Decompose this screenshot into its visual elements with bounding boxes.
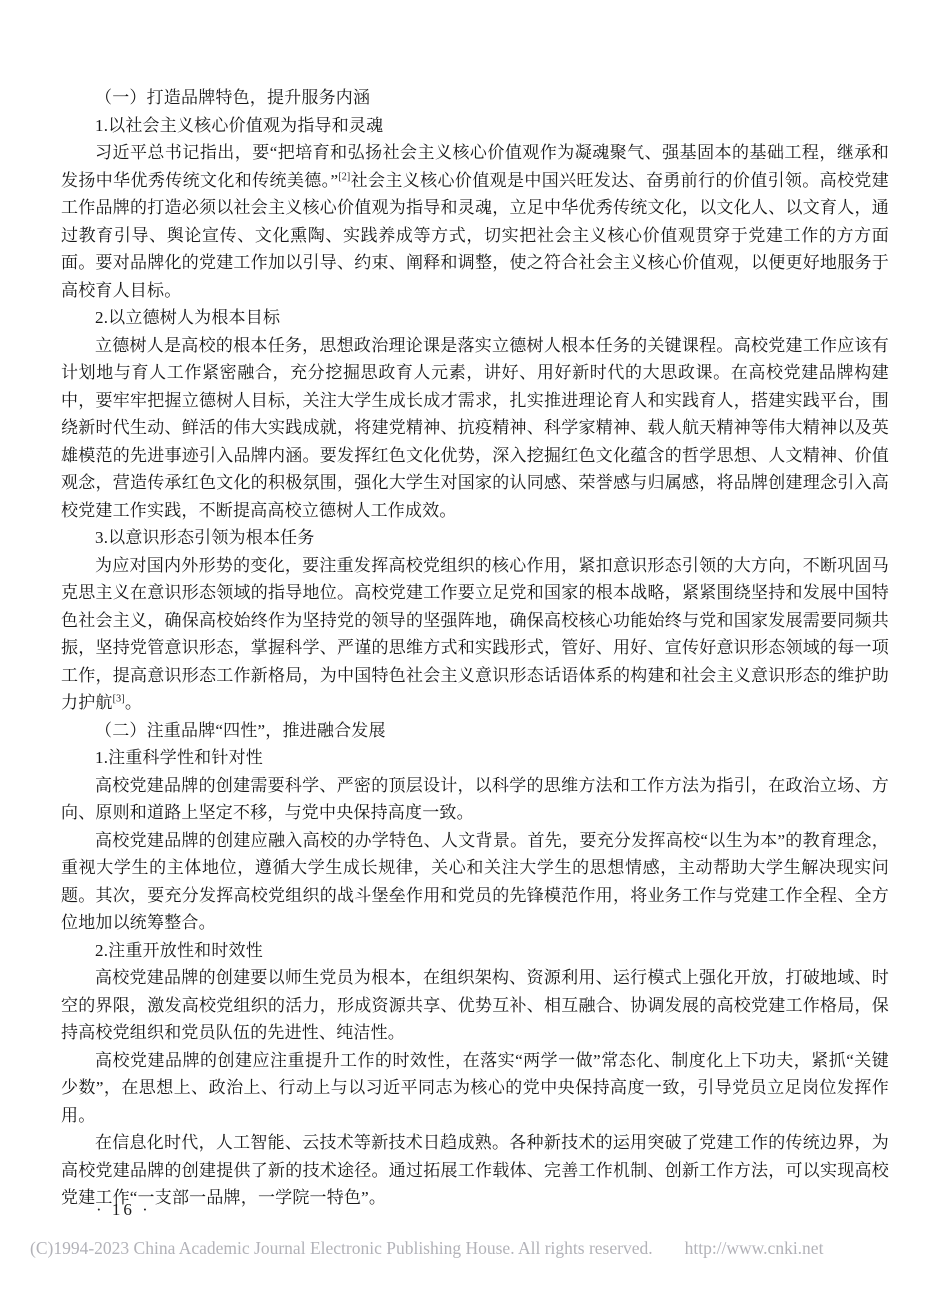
article-body: （一）打造品牌特色，提升服务内涵 1.以社会主义核心价值观为指导和灵魂 习近平总… xyxy=(61,84,889,1212)
section2-subheading-2: 2.注重开放性和时效性 xyxy=(61,937,889,965)
section1-heading: （一）打造品牌特色，提升服务内涵 xyxy=(61,84,889,112)
section1-subheading-1: 1.以社会主义核心价值观为指导和灵魂 xyxy=(61,112,889,140)
paragraph-text: 为应对国内外形势的变化，要注重发挥高校党组织的核心作用，紧扣意识形态引领的大方向… xyxy=(61,556,889,713)
section1-subheading-2: 2.以立德树人为根本目标 xyxy=(61,304,889,332)
section2-paragraph-5: 在信息化时代，人工智能、云技术等新技术日趋成熟。各种新技术的运用突破了党建工作的… xyxy=(61,1129,889,1212)
section2-paragraph-1: 高校党建品牌的创建需要科学、严密的顶层设计，以科学的思维方法和工作方法为指引，在… xyxy=(61,772,889,827)
document-page: （一）打造品牌特色，提升服务内涵 1.以社会主义核心价值观为指导和灵魂 习近平总… xyxy=(0,0,950,1290)
section1-paragraph-2: 立德树人是高校的根本任务，思想政治理论课是落实立德树人根本任务的关键课程。高校党… xyxy=(61,332,889,525)
section2-paragraph-3: 高校党建品牌的创建要以师生党员为根本，在组织架构、资源利用、运行模式上强化开放，… xyxy=(61,964,889,1047)
copyright-text: (C)1994-2023 China Academic Journal Elec… xyxy=(30,1238,653,1258)
section1-subheading-3: 3.以意识形态引领为根本任务 xyxy=(61,524,889,552)
page-number: · 16 · xyxy=(96,1200,151,1220)
section2-paragraph-4: 高校党建品牌的创建应注重提升工作的时效性，在落实“两学一做”常态化、制度化上下功… xyxy=(61,1047,889,1130)
section2-paragraph-2: 高校党建品牌的创建应融入高校的办学特色、人文背景。首先，要充分发挥高校“以生为本… xyxy=(61,827,889,937)
section1-paragraph-3: 为应对国内外形势的变化，要注重发挥高校党组织的核心作用，紧扣意识形态引领的大方向… xyxy=(61,552,889,717)
citation-ref-3: [3] xyxy=(113,693,125,704)
section2-subheading-1: 1.注重科学性和针对性 xyxy=(61,744,889,772)
section2-heading: （二）注重品牌“四性”，推进融合发展 xyxy=(61,717,889,745)
paragraph-text: 。 xyxy=(125,693,142,712)
section1-paragraph-1: 习近平总书记指出，要“把培育和弘扬社会主义核心价值观作为凝魂聚气、强基固本的基础… xyxy=(61,139,889,304)
cnki-url: http://www.cnki.net xyxy=(685,1238,824,1258)
copyright-footer: (C)1994-2023 China Academic Journal Elec… xyxy=(30,1238,930,1259)
citation-ref-2: [2] xyxy=(338,171,350,182)
